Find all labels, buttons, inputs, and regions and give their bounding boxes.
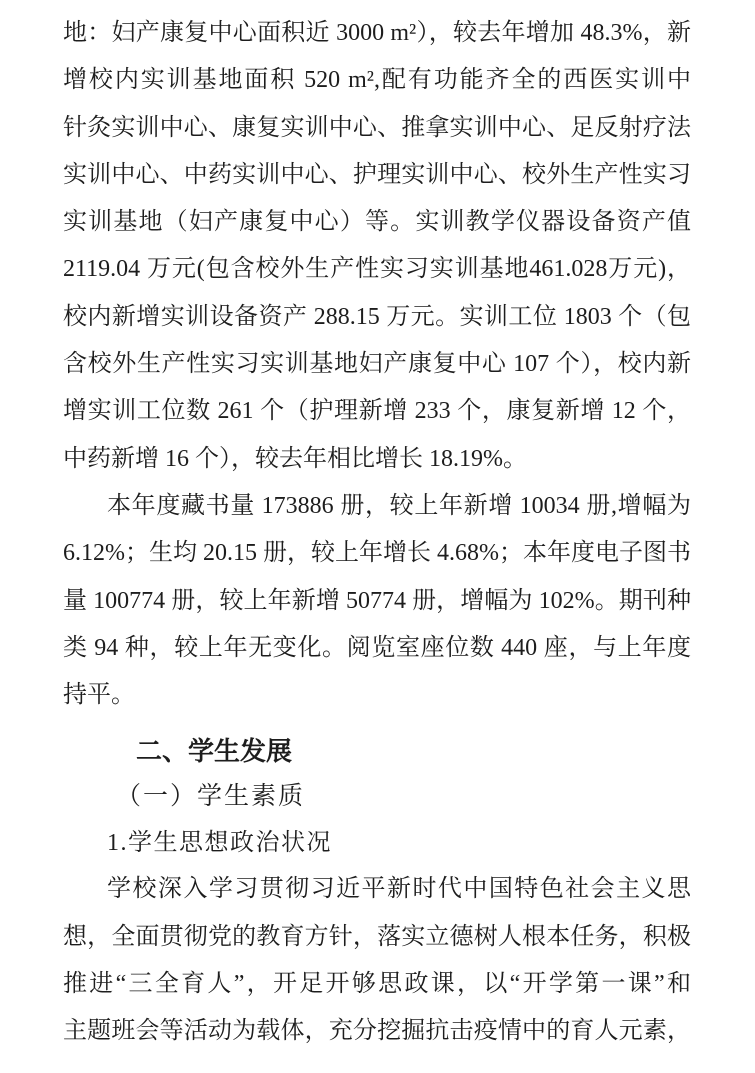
document-body: 地：妇产康复中心面积近 3000 m²），较去年增加 48.3%，新 增校内实训…	[63, 10, 691, 1056]
text-line: 针灸实训中心、康复实训中心、推拿实训中心、足反射疗法	[63, 105, 691, 152]
text-line: 增校内实训基地面积 520 m²,配有功能齐全的西医实训中心、	[63, 57, 691, 104]
text-line: 增实训工位数 261 个（护理新增 233 个，康复新增 12 个，	[63, 388, 691, 435]
text-line: 持平。	[63, 672, 691, 719]
text-line: 6.12%；生均 20.15 册，较上年增长 4.68%；本年度电子图书	[63, 530, 691, 577]
text-line: 含校外生产性实习实训基地妇产康复中心 107 个），校内新	[63, 341, 691, 388]
subsection-heading: （一）学生素质	[63, 774, 691, 820]
text-line: 本年度藏书量 173886 册，较上年新增 10034 册,增幅为	[63, 483, 691, 530]
document-page: 地：妇产康复中心面积近 3000 m²），较去年增加 48.3%，新 增校内实训…	[0, 0, 755, 1073]
text-line: 校内新增实训设备资产 288.15 万元。实训工位 1803 个（包	[63, 294, 691, 341]
section-heading: 二、学生发展	[63, 728, 691, 774]
text-line: 推进“三全育人”，开足开够思政课，以“开学第一课”和	[63, 961, 691, 1008]
text-line: 学校深入学习贯彻习近平新时代中国特色社会主义思	[63, 866, 691, 913]
text-line: 地：妇产康复中心面积近 3000 m²），较去年增加 48.3%，新	[63, 10, 691, 57]
text-line: 中药新增 16 个），较去年相比增长 18.19%。	[63, 436, 691, 483]
text-line: 类 94 种，较上年无变化。阅览室座位数 440 座，与上年度	[63, 625, 691, 672]
text-line: 2119.04 万元(包含校外生产性实习实训基地461.028万元)，	[63, 246, 691, 293]
text-line: 实训基地（妇产康复中心）等。实训教学仪器设备资产值	[63, 199, 691, 246]
text-line: 量 100774 册，较上年新增 50774 册，增幅为 102%。期刊种	[63, 578, 691, 625]
text-line: 想，全面贯彻党的教育方针，落实立德树人根本任务，积极	[63, 914, 691, 961]
numbered-heading: 1.学生思想政治状况	[63, 820, 691, 866]
text-line: 主题班会等活动为载体，充分挖掘抗击疫情中的育人元素，	[63, 1008, 691, 1055]
text-line: 实训中心、中药实训中心、护理实训中心、校外生产性实习	[63, 152, 691, 199]
